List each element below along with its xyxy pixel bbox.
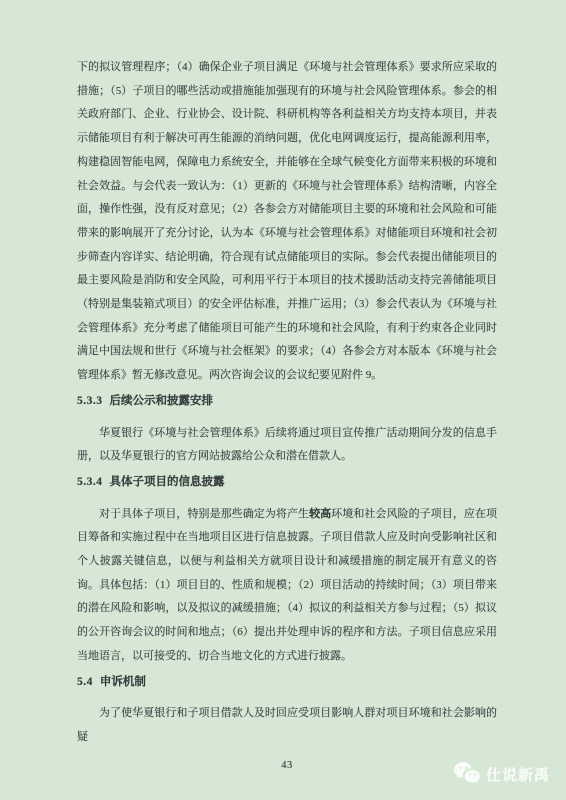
- paragraph-consultation-conclusions: 下的拟议管理程序；（4）确保企业子项目满足《环境与社会管理体系》要求所应采取的措…: [77, 56, 497, 388]
- section-number: 5.4: [77, 676, 93, 688]
- paragraph-disclosure-arrangement: 华夏银行《环境与社会管理体系》后续将通过项目宣传推广活动期间分发的信息手册，以及…: [77, 422, 497, 469]
- text-before-bold: 对于具体子项目，特别是那些确定为将产生: [99, 508, 309, 520]
- document-body: 下的拟议管理程序；（4）确保企业子项目满足《环境与社会管理体系》要求所应采取的措…: [77, 56, 497, 777]
- bold-higher-risk: 较高: [309, 508, 331, 520]
- heading-5-3-3: 5.3.3后续公示和披露安排: [77, 390, 497, 414]
- section-number: 5.3.3: [77, 395, 103, 407]
- heading-5-4: 5.4申诉机制: [77, 671, 497, 695]
- section-title: 具体子项目的信息披露: [110, 476, 225, 488]
- section-title: 申诉机制: [100, 676, 146, 688]
- wechat-watermark: 仕说新禹: [453, 761, 550, 787]
- section-number: 5.3.4: [77, 476, 103, 488]
- paragraph-grievance-mechanism: 为了使华夏银行和子项目借款人及时回应受项目影响人群对项目环境和社会影响的疑: [77, 702, 497, 749]
- watermark-label: 仕说新禹: [486, 764, 550, 785]
- wechat-icon: [453, 761, 481, 787]
- paragraph-subproject-disclosure: 对于具体子项目，特别是那些确定为将产生较高环境和社会风险的子项目，应在项目筹备和…: [77, 503, 497, 669]
- heading-5-3-4: 5.3.4具体子项目的信息披露: [77, 471, 497, 495]
- section-title: 后续公示和披露安排: [110, 395, 214, 407]
- scanned-document-page: 下的拟议管理程序；（4）确保企业子项目满足《环境与社会管理体系》要求所应采取的措…: [0, 0, 566, 800]
- text-after-bold: 环境和社会风险的子项目，应在项目筹备和实施过程中在当地项目区进行信息披露。子项目…: [77, 508, 497, 662]
- page-number: 43: [77, 754, 497, 778]
